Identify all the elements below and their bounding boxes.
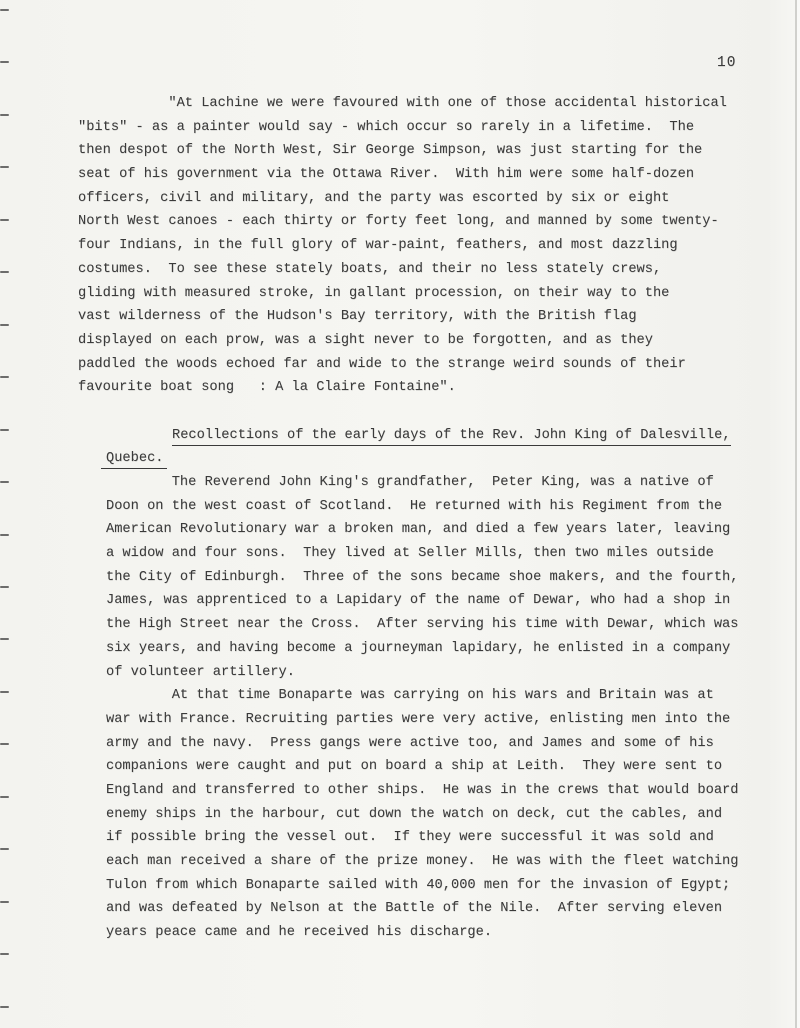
paragraph-peter-king: The Reverend John King's grandfather, Pe… [0, 471, 800, 684]
typed-line: favourite boat song : A la Claire Fontai… [0, 376, 800, 400]
typed-line: a widow and four sons. They lived at Sel… [0, 542, 800, 566]
blank-line [0, 400, 800, 424]
typed-line: war with France. Recruiting parties were… [0, 708, 800, 732]
typed-line: companions were caught and put on board … [0, 755, 800, 779]
typed-line: paddled the woods echoed far and wide to… [0, 353, 800, 377]
typed-line: years peace came and he received his dis… [0, 921, 800, 945]
typed-text-block: "At Lachine we were favoured with one of… [0, 92, 800, 945]
page-number: 10 [717, 55, 736, 71]
typed-line: James, was apprenticed to a Lapidary of … [0, 589, 800, 613]
typed-line: if possible bring the vessel out. If the… [0, 826, 800, 850]
typed-line: four Indians, in the full glory of war-p… [0, 234, 800, 258]
heading-line-2: Quebec. [101, 450, 167, 469]
typed-line: Tulon from which Bonaparte sailed with 4… [0, 874, 800, 898]
typed-line: then despot of the North West, Sir Georg… [0, 139, 800, 163]
heading-line-1: Recollections of the early days of the R… [172, 427, 731, 446]
typed-line: gliding with measured stroke, in gallant… [0, 282, 800, 306]
heading-line-1-wrap: Recollections of the early days of the R… [106, 424, 800, 448]
typed-line: "At Lachine we were favoured with one of… [0, 92, 800, 116]
typed-line: At that time Bonaparte was carrying on h… [0, 684, 800, 708]
margin-tick-mark [0, 953, 9, 955]
typed-line: American Revolutionary war a broken man,… [0, 518, 800, 542]
typed-line: "bits" - as a painter would say - which … [0, 116, 800, 140]
typed-line: the City of Edinburgh. Three of the sons… [0, 566, 800, 590]
margin-tick-mark [0, 61, 9, 63]
typed-line: The Reverend John King's grandfather, Pe… [0, 471, 800, 495]
typed-line: Doon on the west coast of Scotland. He r… [0, 495, 800, 519]
typed-line: each man received a share of the prize m… [0, 850, 800, 874]
margin-tick-mark [0, 9, 9, 11]
typed-line: England and transferred to other ships. … [0, 779, 800, 803]
typed-line: the High Street near the Cross. After se… [0, 613, 800, 637]
heading-line-2-wrap: Quebec. [106, 447, 800, 471]
typed-line: and was defeated by Nelson at the Battle… [0, 897, 800, 921]
section-heading: Recollections of the early days of the R… [0, 424, 800, 471]
typed-line: seat of his government via the Ottawa Ri… [0, 163, 800, 187]
typed-line: enemy ships in the harbour, cut down the… [0, 803, 800, 827]
typed-line: North West canoes - each thirty or forty… [0, 210, 800, 234]
paragraph-lachine-quote: "At Lachine we were favoured with one of… [0, 92, 800, 400]
typed-line: costumes. To see these stately boats, an… [0, 258, 800, 282]
typed-line: officers, civil and military, and the pa… [0, 187, 800, 211]
typed-line: army and the navy. Press gangs were acti… [0, 732, 800, 756]
paragraph-bonaparte: At that time Bonaparte was carrying on h… [0, 684, 800, 945]
margin-tick-mark [0, 1006, 9, 1008]
document-page: 10 "At Lachine we were favoured with one… [0, 0, 800, 1028]
typed-line: vast wilderness of the Hudson's Bay terr… [0, 305, 800, 329]
typed-line: displayed on each prow, was a sight neve… [0, 329, 800, 353]
typed-line: six years, and having become a journeyma… [0, 637, 800, 661]
typed-line: of volunteer artillery. [0, 661, 800, 685]
